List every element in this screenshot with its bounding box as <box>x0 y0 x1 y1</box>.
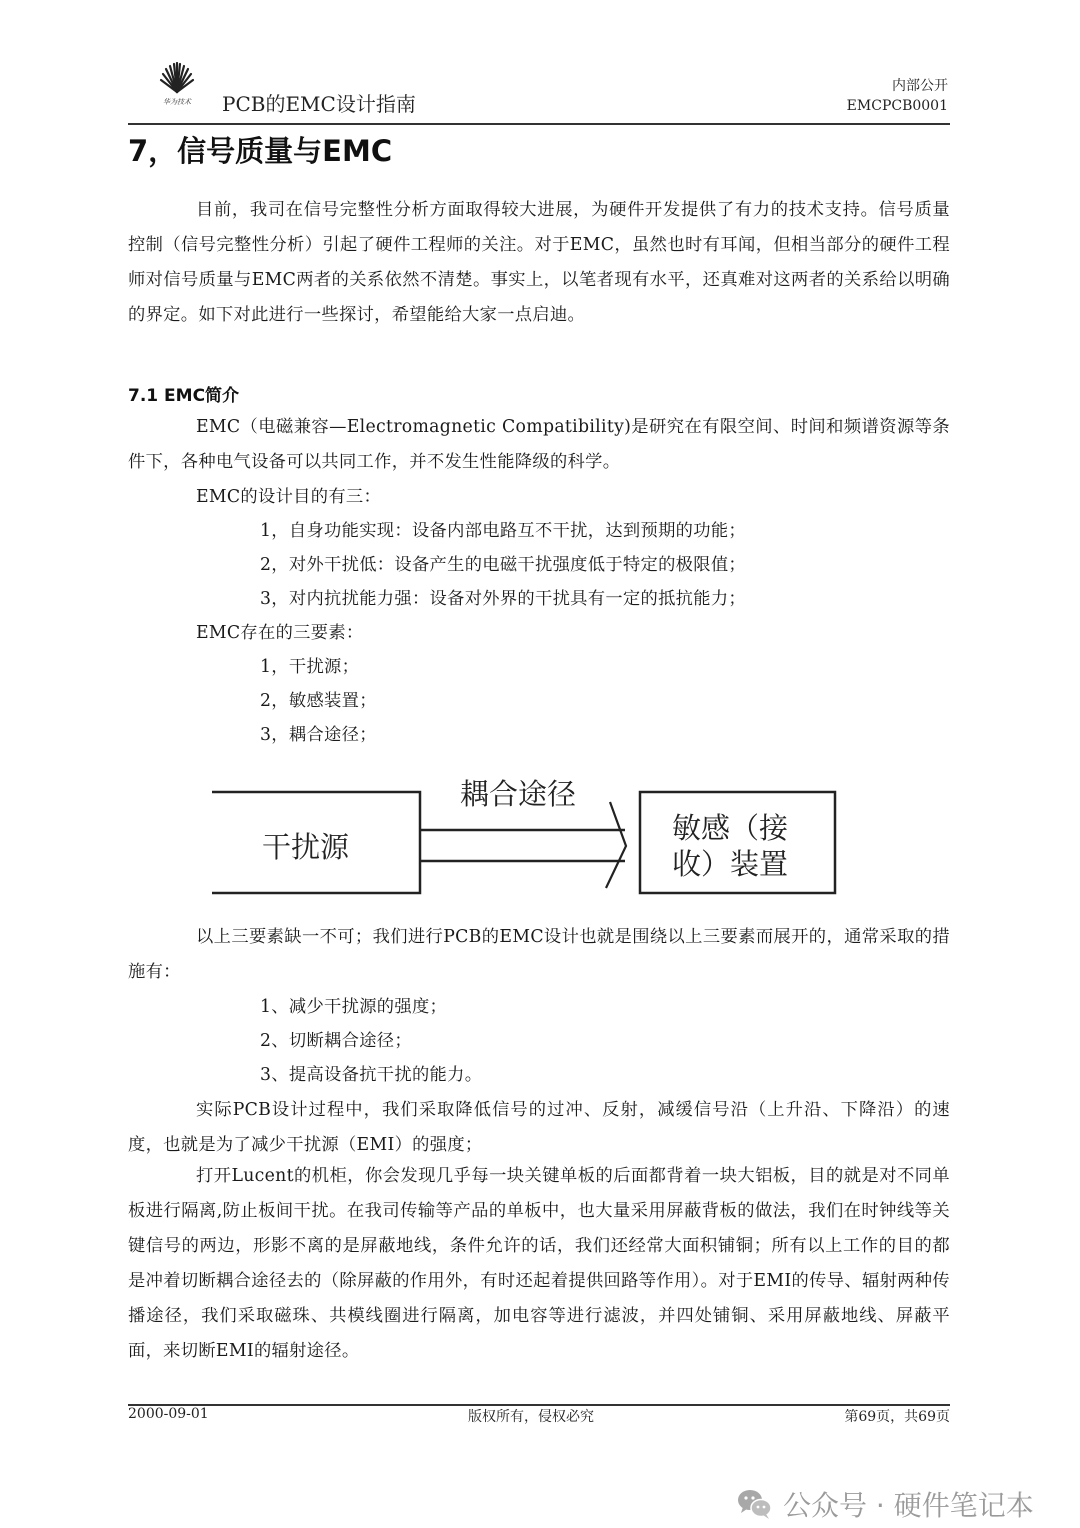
measure-item: 3、提高设备抗干扰的能力。 <box>260 1058 482 1093</box>
wechat-icon <box>737 1488 773 1520</box>
coupling-path-label: 耦合途径 <box>460 772 576 813</box>
header-divider <box>128 123 950 125</box>
goal-item: 3，对内抗扰能力强：设备对外界的干扰具有一定的抵抗能力； <box>260 582 746 617</box>
goal-item: 2，对外干扰低：设备产生的电磁干扰强度低于特定的极限值； <box>260 548 746 583</box>
footer-date: 2000-09-01 <box>128 1406 209 1422</box>
measure-item: 2、切断耦合途径； <box>260 1024 412 1059</box>
practice-paragraph: 实际PCB设计过程中，我们采取降低信号的过冲、反射，减缓信号沿（上升沿、下降沿）… <box>128 1093 950 1163</box>
design-goals-intro: EMC的设计目的有三： <box>196 480 381 515</box>
header-meta: 内部公开 EMCPCB0001 <box>847 76 948 116</box>
element-item: 2，敏感装置； <box>260 684 377 719</box>
watermark-text: 公众号 · 硬件笔记本 <box>783 1484 1034 1524</box>
goal-item: 1，自身功能实现：设备内部电路互不干扰，达到预期的功能； <box>260 514 746 549</box>
emc-definition-paragraph: EMC（电磁兼容—Electromagnetic Compatibility)是… <box>128 410 950 480</box>
wechat-watermark: 公众号 · 硬件笔记本 <box>737 1484 1034 1524</box>
document-title: PCB的EMC设计指南 <box>222 88 416 117</box>
receiver-label-line2: 收）装置 <box>672 846 788 882</box>
footer-copyright: 版权所有，侵权必究 <box>468 1406 594 1426</box>
svg-text:华为技术: 华为技术 <box>163 98 192 106</box>
classification-label: 内部公开 <box>847 76 948 96</box>
document-code: EMCPCB0001 <box>847 96 948 116</box>
element-item: 3，耦合途径； <box>260 718 377 753</box>
emc-elements-diagram: 干扰源 耦合途径 敏感（接 收）装置 <box>180 770 880 910</box>
intro-paragraph: 目前，我司在信号完整性分析方面取得较大进展，为硬件开发提供了有力的技术支持。信号… <box>128 193 950 333</box>
three-elements-intro: EMC存在的三要素： <box>196 616 364 651</box>
receiver-device-label: 敏感（接 收）装置 <box>672 810 788 882</box>
subsection-heading: 7.1 EMC简介 <box>128 381 239 406</box>
measures-paragraph: 以上三要素缺一不可；我们进行PCB的EMC设计也就是围绕以上三要素而展开的，通常… <box>128 920 950 990</box>
receiver-label-line1: 敏感（接 <box>672 810 788 846</box>
footer-page-number: 第69页，共69页 <box>844 1406 950 1426</box>
measure-item: 1、减少干扰源的强度； <box>260 990 447 1025</box>
element-item: 1，干扰源； <box>260 650 359 685</box>
fan-logo-icon: 华为技术 <box>155 62 199 106</box>
section-heading: 7，信号质量与EMC <box>128 129 392 170</box>
lucent-paragraph: 打开Lucent的机柜，你会发现几乎每一块关键单板的后面都背着一块大铝板，目的就… <box>128 1159 950 1369</box>
interference-source-label: 干扰源 <box>262 825 349 866</box>
company-logo: 华为技术 <box>155 62 199 106</box>
